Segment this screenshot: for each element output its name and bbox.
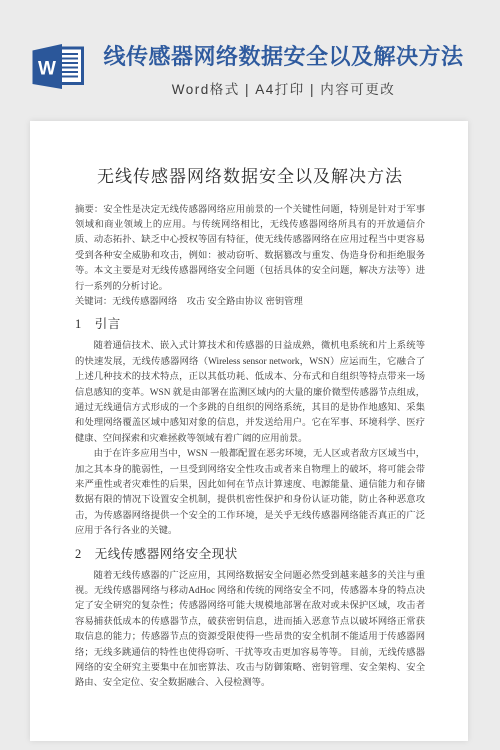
page-header: W 线传感器网络数据安全以及解决方法 Word格式 | A4打印 | 内容可更改 [0, 0, 500, 98]
word-w-letter: W [38, 59, 56, 80]
section-heading-security-status: 2 无线传感器网络安全现状 [75, 544, 425, 562]
paragraph: 随着无线传感器的广泛应用，其网络数据安全问题必然受到越来越多的关注与重视。无线传… [75, 569, 425, 692]
paragraph: 随着通信技术、嵌入式计算技术和传感器的日益成熟，微机电系统和片上系统等的快速发展… [75, 339, 425, 447]
abstract-paragraph: 摘要：安全性是决定无线传感器网络应用前景的一个关键性问题，特别是针对于军事领域和… [75, 203, 425, 295]
keywords-line: 关键词：无线传感器网络 攻击 安全路由协议 密钥管理 [75, 295, 425, 310]
doc-title: 无线传感器网络数据安全以及解决方法 [75, 162, 425, 187]
page-subtitle: Word格式 | A4打印 | 内容可更改 [85, 78, 482, 98]
page-title: 线传感器网络数据安全以及解决方法 [85, 43, 482, 71]
word-icon: W [31, 42, 85, 94]
section-heading-introduction: 1 引言 [75, 314, 425, 332]
paragraph: 由于在许多应用当中，WSN 一般都配置在恶劣环境，无人区或者敌方区域当中，加之其… [75, 447, 425, 539]
doc-body: 摘要：安全性是决定无线传感器网络应用前景的一个关键性问题，特别是针对于军事领域和… [75, 203, 425, 692]
document-page: 无线传感器网络数据安全以及解决方法 摘要：安全性是决定无线传感器网络应用前景的一… [30, 121, 468, 741]
header-text-block: 线传感器网络数据安全以及解决方法 Word格式 | A4打印 | 内容可更改 [85, 42, 482, 98]
